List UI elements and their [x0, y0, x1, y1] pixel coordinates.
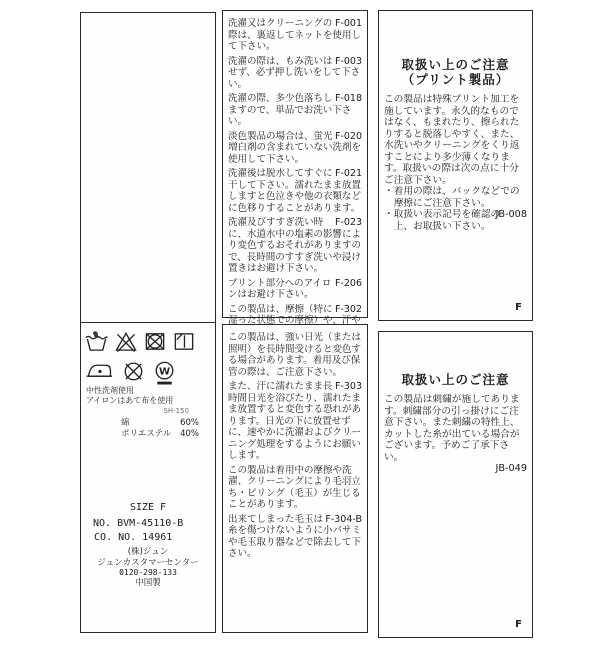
country-of-origin: 中国製: [81, 578, 215, 588]
gentle-wet-clean-icon: W: [153, 360, 176, 386]
wash-instructions-panel: F-001洗濯又はクリーニングの際は、裏返してネットを使用して下さい。 F-00…: [222, 10, 368, 318]
instruction-code: F-206: [335, 278, 362, 290]
care-instruction: F-018洗濯の際、多少色落ちしますので、単品でお洗い下さい。: [228, 93, 362, 128]
material-percent: 60%: [180, 418, 199, 428]
care-instruction: この製品は、強い日光（または照明）を長時間受けると変色する場合があります。着用及…: [228, 332, 362, 378]
company-name: (株)ジュン: [81, 547, 215, 557]
care-symbols-row-1: [84, 330, 196, 353]
instruction-code: F-020: [335, 131, 362, 143]
embroidery-caution-panel: 取扱い上のご注意 この製品は刺繍が施してあります。刺繍部分の引っ掛けにご注意下さ…: [378, 331, 533, 638]
page-mark: F: [515, 619, 522, 630]
care-instruction: F-304-B出来てしまった毛玉は糸を傷つけないように小バサミや毛玉取り器などで…: [228, 514, 362, 560]
hand-wash-icon: [84, 330, 109, 353]
print-caution-panel: 取扱い上のご注意 （プリント製品） この製品は特殊プリント加工を施しています。永…: [378, 10, 533, 321]
composition-row: ポリエステル 40%: [121, 429, 199, 439]
material-name: 綿: [121, 418, 130, 428]
label-divider-line: [81, 322, 215, 323]
instruction-code: F-023: [335, 217, 362, 229]
customer-center-phone: 0120-298-133: [81, 568, 215, 578]
iron-cloth-note: アイロンはあて布を使用: [86, 396, 173, 406]
care-instruction: この製品は着用中の摩擦や洗濯、クリーニングにより毛羽立ち・ピリング（毛玉）が生じ…: [228, 465, 362, 511]
care-instruction: F-023洗濯及びすすぎ洗い時に、水道水中の塩素の影響により変色するおそれがあり…: [228, 217, 362, 275]
notice-bullet: JB-008・取扱い表示記号を確認の上、お取扱い下さい。: [384, 209, 527, 232]
instruction-code: JB-008: [505, 209, 527, 221]
material-name: ポリエステル: [121, 429, 171, 439]
color-fade-pilling-panel: この製品は、強い日光（または照明）を長時間受けると変色する場合があります。着用及…: [222, 324, 368, 633]
care-symbols-row-2: W: [84, 360, 176, 386]
do-not-tumble-dry-icon: [143, 330, 167, 353]
instruction-code: F-021: [335, 168, 362, 180]
do-not-dry-clean-icon: [122, 360, 145, 383]
care-instruction: F-206プリント部分へのアイロンはお避け下さい。: [228, 278, 362, 301]
care-instruction: F-020淡色製品の場合は、蛍光増白剤の含まれていない洗剤を使用して下さい。: [228, 131, 362, 166]
detergent-note: 中性洗剤使用: [86, 386, 134, 396]
iron-low-icon: [84, 360, 114, 381]
notice-title: 取扱い上のご注意: [384, 372, 527, 387]
notice-bullet: ・着用の際は、バックなどでの摩擦にご注意下さい。: [384, 186, 527, 209]
do-not-bleach-icon: [114, 330, 138, 353]
page-mark: F: [515, 302, 522, 313]
composition-row: 綿 60%: [121, 418, 199, 428]
instruction-code: F-302: [335, 304, 362, 316]
care-instruction: F-303また、汗に濡れたまま長時間日光を浴びたり、濡れたまま放置すると変色する…: [228, 381, 362, 462]
instruction-code: F-304-B: [325, 514, 362, 526]
line-dry-in-shade-icon: [172, 330, 196, 353]
main-care-label-panel: W 中性洗剤使用 アイロンはあて布を使用 SH-150 綿 60% ポリエステル…: [80, 12, 216, 633]
customer-center-name: ジュンカスタマーセンター: [81, 558, 215, 568]
care-instruction: F-001洗濯又はクリーニングの際は、裏返してネットを使用して下さい。: [228, 18, 362, 53]
instruction-code: F-303: [335, 381, 362, 393]
material-percent: 40%: [180, 429, 199, 439]
instruction-code: F-001: [335, 18, 362, 30]
company-number: CO. NO. 14961: [94, 532, 172, 543]
care-instruction: F-021洗濯後は脱水してすぐに干して下さい。濡れたまま放置しますと色泣きや他の…: [228, 168, 362, 214]
care-instruction: F-003洗濯の際は、もみ洗いはせず、必ず押し洗いをして下さい。: [228, 56, 362, 91]
item-number: NO. BVM-45110-B: [93, 518, 183, 529]
notice-title: 取扱い上のご注意 （プリント製品）: [384, 57, 527, 87]
instruction-code: F-003: [335, 56, 362, 68]
instruction-code: JB-049: [384, 463, 527, 475]
notice-body: この製品は特殊プリント加工を施しています。永久的なものではなく、もまれたり、擦ら…: [384, 94, 527, 186]
size-label: SIZE F: [81, 502, 215, 513]
instruction-code: F-018: [335, 93, 362, 105]
label-ref-code: SH-150: [163, 407, 189, 415]
notice-body: この製品は刺繍が施してあります。刺繍部分の引っ掛けにご注意下さい。また刺繍の特性…: [384, 394, 527, 463]
svg-text:W: W: [159, 366, 170, 377]
